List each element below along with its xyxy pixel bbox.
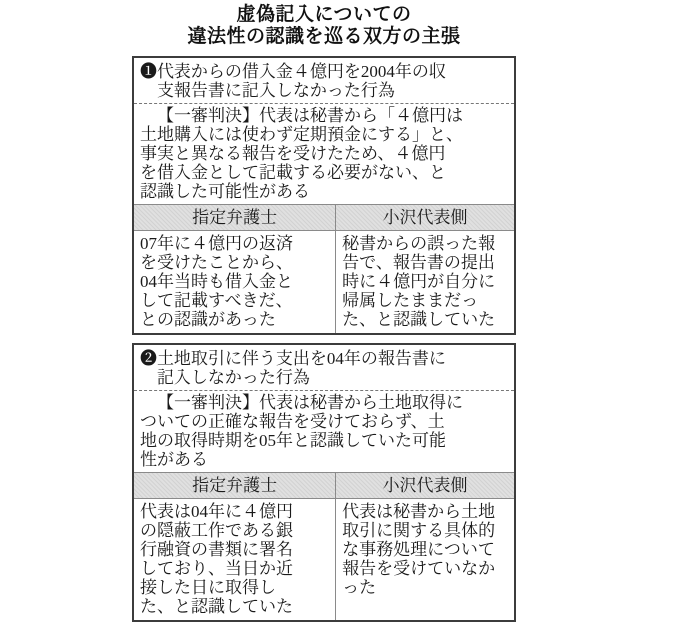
section-1-cell-lawyers: 07年に４億円の返済 を受けたことから、 04年当時も借入金と して記載すべきだ… [134,231,336,333]
page-title-line-2: 違法性の認識を巡る双方の主張 [132,26,516,48]
page-title-line-1: 虚偽記入についての [132,4,516,26]
section-1-cell-ozawa: 秘書からの誤った報 告で、報告書の提出 時に４億円が自分に 帰属したままだっ た… [336,231,514,333]
section-2-column-header-ozawa: 小沢代表側 [336,473,514,499]
section-1-column-header-ozawa: 小沢代表側 [336,205,514,231]
section-2-cell-lawyers: 代表は04年に４億円 の隠蔽工作である銀 行融資の書類に署名 しており、当日か近… [134,499,336,620]
page-title: 虚偽記入についての 違法性の認識を巡る双方の主張 [132,4,516,48]
section-1-number-icon: ❶ [140,62,157,81]
section-2-number-icon: ❷ [140,349,157,368]
section-2-heading-text: 土地取引に伴う支出を04年の報告書に 記入しなかった行為 [157,349,446,387]
section-2-comparison-table: 指定弁護士 小沢代表側 代表は04年に４億円 の隠蔽工作である銀 行融資の書類に… [134,472,514,620]
section-1-heading-text: 代表からの借入金４億円を2004年の収 支報告書に記入しなかった行為 [157,62,446,100]
section-1-heading: ❶代表からの借入金４億円を2004年の収 支報告書に記入しなかった行為 [134,58,514,104]
section-1-ruling-text: 【一審判決】代表は秘書から「４億円は 土地購入には使わず定期預金にする」と、 事… [134,104,514,204]
section-2-heading: ❷土地取引に伴う支出を04年の報告書に 記入しなかった行為 [134,345,514,391]
section-2-cell-ozawa: 代表は秘書から土地 取引に関する具体的 な事務処理について 報告を受けていなか … [336,499,514,620]
infographic: 虚偽記入についての 違法性の認識を巡る双方の主張 ❶代表からの借入金４億円を20… [132,4,516,622]
section-1-comparison-table: 指定弁護士 小沢代表側 07年に４億円の返済 を受けたことから、 04年当時も借… [134,204,514,333]
section-2-column-header-lawyers: 指定弁護士 [134,473,336,499]
section-box-1: ❶代表からの借入金４億円を2004年の収 支報告書に記入しなかった行為 【一審判… [132,56,516,335]
section-2-ruling-text: 【一審判決】代表は秘書から土地取得に ついての正確な報告を受けておらず、土 地の… [134,391,514,472]
section-1-column-header-lawyers: 指定弁護士 [134,205,336,231]
section-box-2: ❷土地取引に伴う支出を04年の報告書に 記入しなかった行為 【一審判決】代表は秘… [132,343,516,622]
